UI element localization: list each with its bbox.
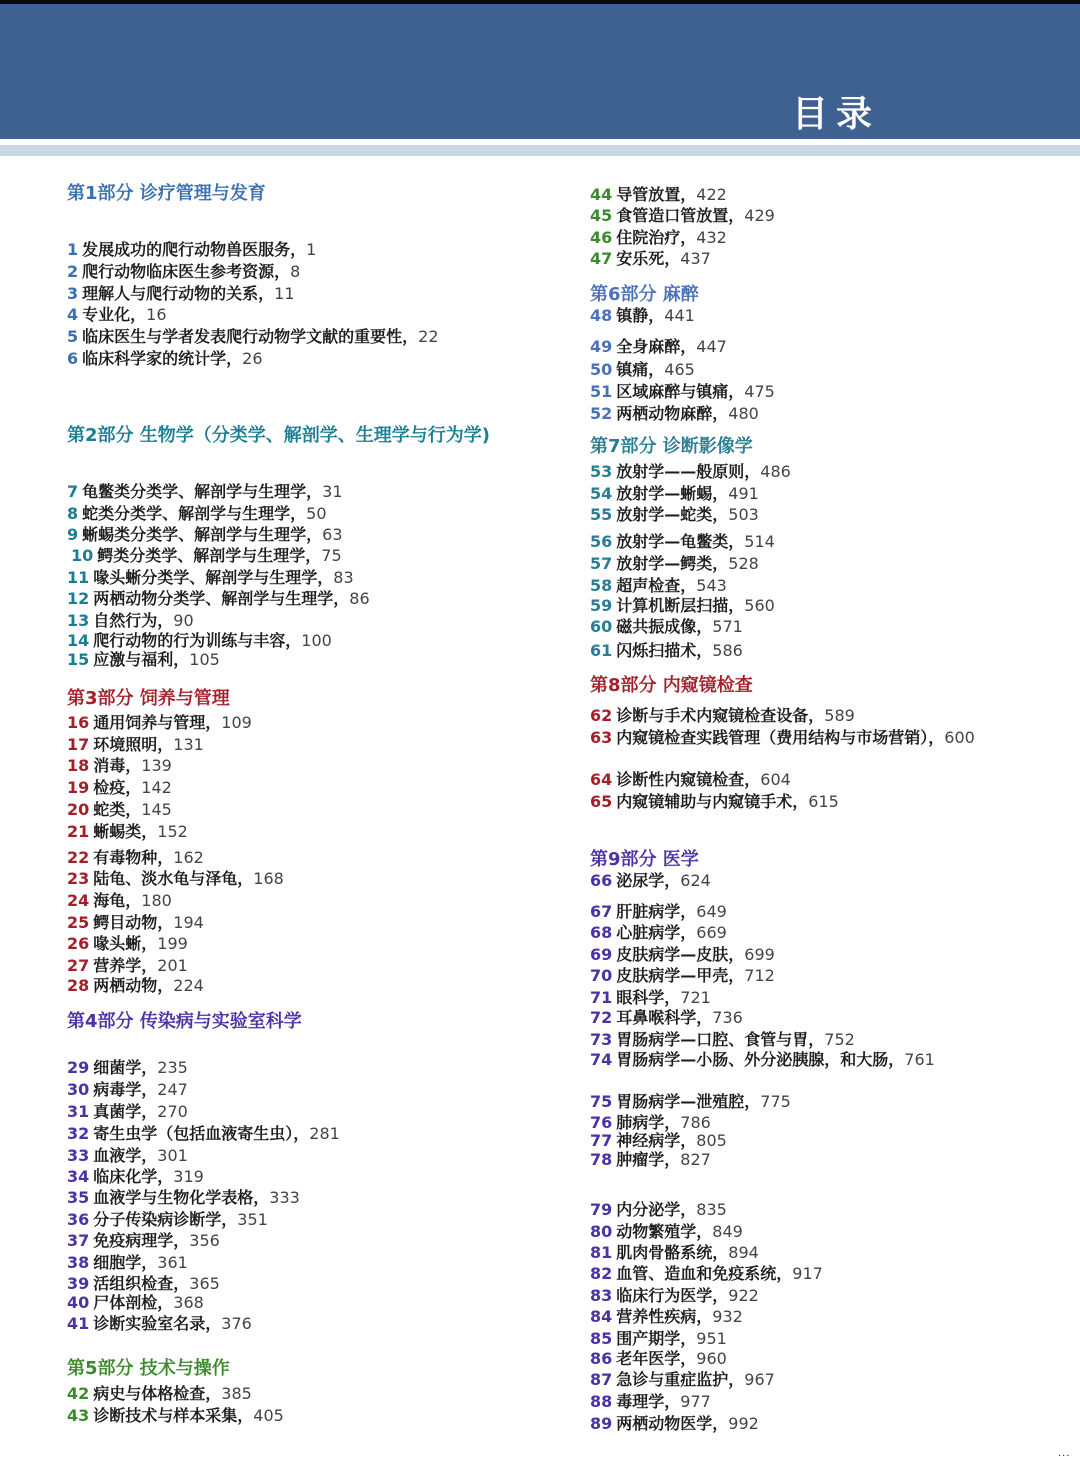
toc-entry[interactable]: 46住院治疗，432 bbox=[590, 228, 727, 248]
toc-entry[interactable]: 75胃肠病学—泄殖腔，775 bbox=[590, 1092, 791, 1112]
toc-entry[interactable]: 74胃肠病学—小肠、外分泌胰腺，和大肠，761 bbox=[590, 1050, 935, 1070]
section-heading-5: 第5部分 技术与操作 bbox=[67, 1359, 230, 1379]
toc-entry[interactable]: 82血管、造血和免疫系统，917 bbox=[590, 1264, 823, 1284]
toc-entry[interactable]: 30病毒学，247 bbox=[67, 1080, 188, 1100]
toc-entry[interactable]: 45食管造口管放置，429 bbox=[590, 206, 775, 226]
toc-entry[interactable]: 67肝脏病学，649 bbox=[590, 902, 727, 922]
toc-entry[interactable]: 51区域麻醉与镇痛，475 bbox=[590, 382, 775, 402]
section-heading-9: 第9部分 医学 bbox=[590, 850, 699, 870]
toc-entry[interactable]: 18消毒，139 bbox=[67, 756, 172, 776]
toc-entry[interactable]: 14爬行动物的行为训练与丰容，100 bbox=[67, 631, 332, 651]
section-heading-1: 第1部分 诊疗管理与发育 bbox=[67, 184, 266, 204]
toc-entry[interactable]: 43诊断技术与样本采集，405 bbox=[67, 1406, 284, 1426]
toc-entry[interactable]: 49全身麻醉，447 bbox=[590, 337, 727, 357]
toc-entry[interactable]: 35血液学与生物化学表格，333 bbox=[67, 1188, 300, 1208]
toc-entry[interactable]: 9蜥蜴类分类学、解剖学与生理学，63 bbox=[67, 525, 343, 545]
toc-entry[interactable]: 37免疫病理学，356 bbox=[67, 1231, 220, 1251]
toc-entry[interactable]: 36分子传染病诊断学，351 bbox=[67, 1210, 268, 1230]
toc-entry[interactable]: 12两栖动物分类学、解剖学与生理学，86 bbox=[67, 589, 370, 609]
toc-entry[interactable]: 53放射学——般原则，486 bbox=[590, 462, 791, 482]
toc-entry[interactable]: 16通用饲养与管理，109 bbox=[67, 713, 252, 733]
toc-entry[interactable]: 78肿瘤学，827 bbox=[590, 1150, 711, 1170]
section-heading-4: 第4部分 传染病与实验室科学 bbox=[67, 1012, 302, 1032]
toc-entry[interactable]: 24海龟，180 bbox=[67, 891, 172, 911]
toc-entry[interactable]: 21蜥蜴类，152 bbox=[67, 822, 188, 842]
toc-entry[interactable]: 54放射学—蜥蜴，491 bbox=[590, 484, 759, 504]
toc-entry[interactable]: 41诊断实验室名录，376 bbox=[67, 1314, 252, 1334]
toc-entry[interactable]: 34临床化学，319 bbox=[67, 1167, 204, 1187]
toc-entry[interactable]: 69皮肤病学—皮肤，699 bbox=[590, 945, 775, 965]
toc-entry[interactable]: 70皮肤病学—甲壳，712 bbox=[590, 966, 775, 986]
toc-entry[interactable]: 40尸体剖检，368 bbox=[67, 1293, 204, 1313]
toc-entry[interactable]: 50镇痛，465 bbox=[590, 360, 695, 380]
toc-entry[interactable]: 38细胞学，361 bbox=[67, 1253, 188, 1273]
toc-entry[interactable]: 5临床医生与学者发表爬行动物学文献的重要性，22 bbox=[67, 327, 439, 347]
more-options-icon[interactable]: ... bbox=[1058, 1448, 1071, 1459]
toc-entry[interactable]: 89两栖动物医学，992 bbox=[590, 1414, 759, 1434]
toc-entry[interactable]: 25鳄目动物，194 bbox=[67, 913, 204, 933]
toc-entry[interactable]: 39活组织检查，365 bbox=[67, 1274, 220, 1294]
toc-entry[interactable]: 57放射学—鳄类，528 bbox=[590, 554, 759, 574]
toc-entry[interactable]: 1发展成功的爬行动物兽医服务，1 bbox=[67, 240, 316, 260]
toc-entry[interactable]: 66泌尿学，624 bbox=[590, 871, 711, 891]
toc-entry[interactable]: 88毒理学，977 bbox=[590, 1392, 711, 1412]
section-heading-8: 第8部分 内窥镜检查 bbox=[590, 676, 753, 696]
toc-entry[interactable]: 20蛇类，145 bbox=[67, 800, 172, 820]
toc-entry[interactable]: 32寄生虫学（包括血液寄生虫），281 bbox=[67, 1124, 340, 1144]
toc-entry[interactable]: 59计算机断层扫描，560 bbox=[590, 596, 775, 616]
toc-entry[interactable]: 83临床行为医学，922 bbox=[590, 1286, 759, 1306]
toc-entry[interactable]: 65内窥镜辅助与内窥镜手术，615 bbox=[590, 792, 839, 812]
toc-entry[interactable]: 77神经病学，805 bbox=[590, 1131, 727, 1151]
toc-entry[interactable]: 6临床科学家的统计学，26 bbox=[67, 349, 263, 369]
toc-entry[interactable]: 63内窥镜检查实践管理（费用结构与市场营销），600 bbox=[590, 728, 975, 748]
toc-entry[interactable]: 52两栖动物麻醉，480 bbox=[590, 404, 759, 424]
toc-entry[interactable]: 79内分泌学，835 bbox=[590, 1200, 727, 1220]
toc-entry[interactable]: 22有毒物种，162 bbox=[67, 848, 204, 868]
toc-entry[interactable]: 72耳鼻喉科学，736 bbox=[590, 1008, 743, 1028]
toc-entry[interactable]: 64诊断性内窥镜检查，604 bbox=[590, 770, 791, 790]
section-heading-2: 第2部分 生物学（分类学、解剖学、生理学与行为学) bbox=[67, 426, 490, 446]
toc-entry[interactable]: 84营养性疾病，932 bbox=[590, 1307, 743, 1327]
toc-entry[interactable]: 29细菌学，235 bbox=[67, 1058, 188, 1078]
toc-entry[interactable]: 60磁共振成像，571 bbox=[590, 617, 743, 637]
toc-entry[interactable]: 27营养学，201 bbox=[67, 956, 188, 976]
toc-entry[interactable]: 10鳄类分类学、解剖学与生理学，75 bbox=[71, 546, 342, 566]
toc-entry[interactable]: 61闪烁扫描术，586 bbox=[590, 641, 743, 661]
toc-entry[interactable]: 17环境照明，131 bbox=[67, 735, 204, 755]
toc-entry[interactable]: 68心脏病学，669 bbox=[590, 923, 727, 943]
header-accent-stripe bbox=[0, 145, 1080, 156]
toc-entry[interactable]: 71眼科学，721 bbox=[590, 988, 711, 1008]
toc-entry[interactable]: 3理解人与爬行动物的关系，11 bbox=[67, 284, 295, 304]
toc-entry[interactable]: 4专业化，16 bbox=[67, 305, 167, 325]
toc-entry[interactable]: 31真菌学，270 bbox=[67, 1102, 188, 1122]
section-heading-6: 第6部分 麻醉 bbox=[590, 285, 699, 305]
toc-entry[interactable]: 47安乐死，437 bbox=[590, 249, 711, 269]
toc-entry[interactable]: 85围产期学，951 bbox=[590, 1329, 727, 1349]
toc-entry[interactable]: 56放射学—龟鳖类，514 bbox=[590, 532, 775, 552]
toc-entry[interactable]: 58超声检查，543 bbox=[590, 576, 727, 596]
toc-entry[interactable]: 55放射学—蛇类，503 bbox=[590, 505, 759, 525]
toc-entry[interactable]: 8蛇类分类学、解剖学与生理学，50 bbox=[67, 504, 327, 524]
toc-entry[interactable]: 48镇静，441 bbox=[590, 306, 695, 326]
toc-entry[interactable]: 19检疫，142 bbox=[67, 778, 172, 798]
toc-entry[interactable]: 15应激与福利，105 bbox=[67, 650, 220, 670]
section-heading-3: 第3部分 饲养与管理 bbox=[67, 689, 230, 709]
toc-entry[interactable]: 62诊断与手术内窥镜检查设备，589 bbox=[590, 706, 855, 726]
toc-entry[interactable]: 2爬行动物临床医生参考资源，8 bbox=[67, 262, 300, 282]
page-title: 目录 bbox=[792, 86, 880, 137]
header-banner: 目录 bbox=[0, 4, 1080, 139]
toc-entry[interactable]: 81肌肉骨骼系统，894 bbox=[590, 1243, 759, 1263]
toc-entry[interactable]: 28两栖动物，224 bbox=[67, 976, 204, 996]
toc-entry[interactable]: 33血液学，301 bbox=[67, 1146, 188, 1166]
toc-entry[interactable]: 76肺病学，786 bbox=[590, 1113, 711, 1133]
toc-entry[interactable]: 87急诊与重症监护，967 bbox=[590, 1370, 775, 1390]
toc-entry[interactable]: 44导管放置，422 bbox=[590, 185, 727, 205]
toc-entry[interactable]: 23陆龟、淡水龟与泽龟，168 bbox=[67, 869, 284, 889]
toc-entry[interactable]: 80动物繁殖学，849 bbox=[590, 1222, 743, 1242]
toc-entry[interactable]: 86老年医学，960 bbox=[590, 1349, 727, 1369]
toc-entry[interactable]: 73胃肠病学—口腔、食管与胃，752 bbox=[590, 1030, 855, 1050]
toc-entry[interactable]: 13自然行为，90 bbox=[67, 611, 194, 631]
section-heading-7: 第7部分 诊断影像学 bbox=[590, 437, 753, 457]
toc-entry[interactable]: 26喙头蜥，199 bbox=[67, 934, 188, 954]
toc-entry[interactable]: 7龟鳖类分类学、解剖学与生理学，31 bbox=[67, 482, 343, 502]
toc-entry[interactable]: 11喙头蜥分类学、解剖学与生理学，83 bbox=[67, 568, 354, 588]
toc-entry[interactable]: 42病史与体格检查，385 bbox=[67, 1384, 252, 1404]
